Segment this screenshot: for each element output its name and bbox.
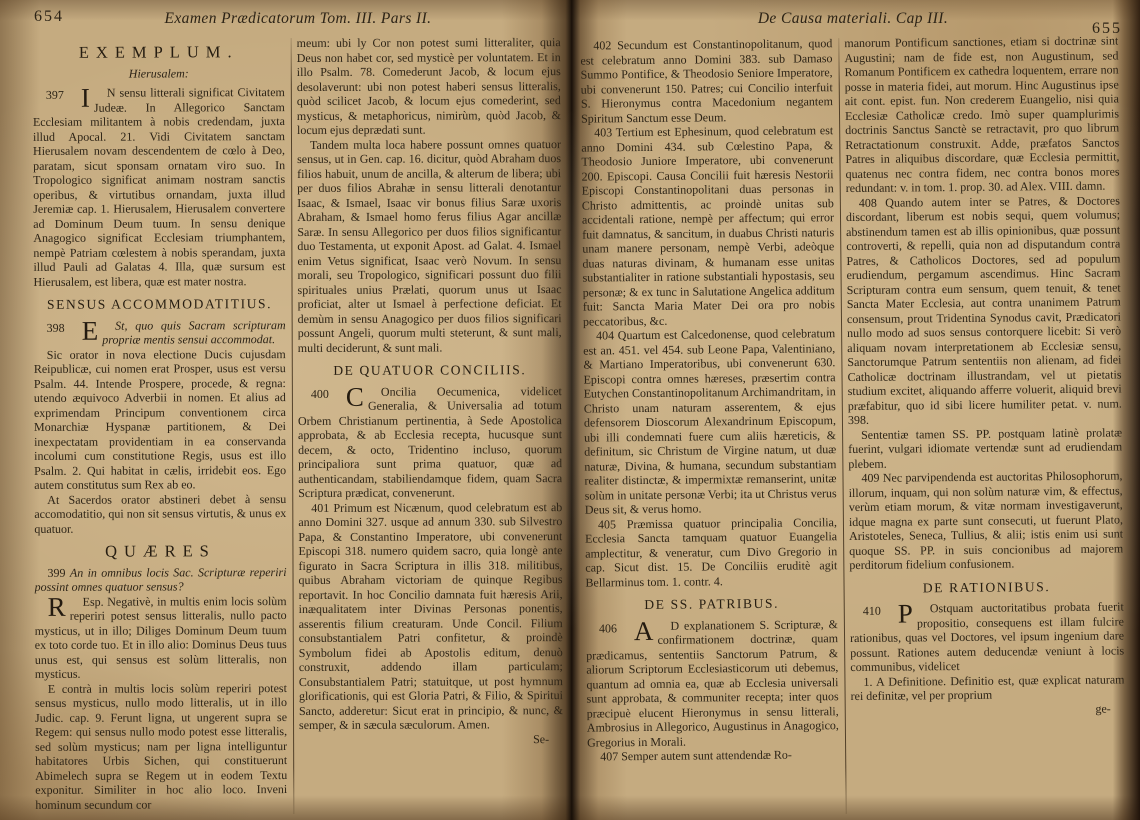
column-divider	[291, 38, 295, 814]
paragraph-number: 405	[598, 517, 627, 531]
paragraph-number: 400	[298, 386, 329, 401]
text-block: 399 An in omnibus locis Sac. Scripturæ r…	[34, 565, 286, 595]
right-page: De Causa materiali. Cap III. 655 402 Sec…	[584, 6, 1122, 814]
drop-cap: 410P	[850, 602, 913, 626]
left-page: 654 Examen Prædicatorum Tom. III. Pars I…	[34, 6, 562, 814]
text-block: 1. A Definitione. Definitio est, quæ exp…	[850, 672, 1124, 704]
drop-cap-letter: A	[621, 619, 654, 642]
text-block: 406AD explanationem S. Scripturæ, & conf…	[586, 617, 839, 750]
header-spacer	[584, 6, 640, 20]
section-heading: QUÆRES	[34, 544, 286, 559]
drop-cap: 400C	[298, 385, 364, 408]
drop-cap: R	[35, 595, 66, 618]
text-block: meum: ubi ly Cor non potest sumi littera…	[297, 35, 561, 137]
text-block: 403 Tertium est Ephesinum, quod celebrat…	[581, 123, 835, 328]
paragraph-number: 410	[850, 604, 881, 619]
text-block: Sententiæ tamen SS. PP. postquam latinè …	[848, 425, 1122, 471]
drop-cap: 398E	[34, 319, 99, 342]
running-header: De Causa materiali. Cap III.	[640, 6, 1066, 28]
text-block: E contrà in multis locis solùm reperiri …	[35, 681, 287, 812]
catchword: Se-	[299, 732, 563, 747]
sub-heading: Hierusalem:	[33, 66, 285, 81]
text-block: REsp. Negativè, in multis enim locis sol…	[35, 594, 287, 682]
drop-cap: 397I	[33, 87, 90, 110]
text-block: 410POstquam auctoritatibus probata fueri…	[850, 599, 1125, 674]
text-block: 397IN sensu litterali significat Civitat…	[33, 85, 286, 289]
text-column: manorum Pontificum sanctiones, etiam si …	[844, 33, 1125, 814]
text-block: 404 Quartum est Calcedonense, quod celeb…	[583, 326, 837, 517]
text-block: Sic orator in nova electione Ducis cujus…	[34, 347, 287, 493]
drop-cap-letter: R	[35, 595, 66, 618]
section-heading: SENSUS ACCOMMODATITIUS.	[34, 297, 286, 312]
paragraph-number: 406	[586, 621, 617, 636]
right-page-header: De Causa materiali. Cap III. 655	[584, 6, 1122, 34]
text-block: Tandem multa loca habere possunt omnes q…	[297, 137, 562, 355]
section-heading: DE RATIONIBUS.	[850, 579, 1124, 596]
paragraph-number: 398	[34, 320, 65, 335]
text-block: 408 Quando autem inter se Patres, & Doct…	[846, 193, 1122, 428]
paragraph-number: 399	[47, 565, 69, 579]
text-block: 407 Semper autem sunt attendendæ Ro-	[587, 747, 839, 764]
text-block: At Sacerdos orator abstineri debet à sen…	[34, 492, 286, 536]
page-number: 654	[34, 6, 90, 26]
header-spacer	[506, 6, 562, 8]
paragraph-number: 397	[33, 88, 64, 103]
left-page-columns: EXEMPLUM.Hierusalem:397IN sensu litteral…	[33, 35, 564, 815]
text-block: 401 Primum est Nicænum, quod celebratum …	[298, 500, 563, 733]
section-heading: DE QUATUOR CONCILIIS.	[298, 363, 562, 378]
drop-cap-letter: I	[68, 87, 90, 110]
paragraph-number: 407	[600, 749, 621, 763]
right-page-columns: 402 Secundum est Constantinopolitanum, q…	[580, 33, 1125, 816]
paragraph-number: 409	[861, 471, 882, 485]
drop-cap-letter: C	[333, 385, 364, 408]
drop-cap-letter: P	[885, 602, 913, 625]
text-block: 405 Præmissa quatuor principalia Concili…	[585, 515, 838, 590]
text-block: manorum Pontificum sanctiones, etiam si …	[844, 33, 1120, 195]
text-block: 402 Secundum est Constantinopolitanum, q…	[580, 36, 833, 125]
paragraph-number: 402	[593, 38, 617, 52]
text-column: meum: ubi ly Cor non potest sumi littera…	[297, 35, 564, 814]
paragraph-number: 404	[596, 328, 618, 342]
paragraph-number: 403	[594, 125, 616, 139]
section-heading: EXEMPLUM.	[33, 45, 285, 60]
drop-cap: 406A	[586, 619, 654, 643]
text-block: 398ESt, quo quis Sacram scripturam propr…	[34, 318, 286, 348]
book-scan-spread: 654 Examen Prædicatorum Tom. III. Pars I…	[0, 0, 1140, 820]
running-header: Examen Prædicatorum Tom. III. Pars II.	[90, 6, 506, 28]
section-heading: DE SS. PATRIBUS.	[586, 596, 838, 613]
text-column: EXEMPLUM.Hierusalem:397IN sensu litteral…	[33, 36, 288, 815]
drop-cap-letter: E	[69, 319, 99, 342]
left-page-header: 654 Examen Prædicatorum Tom. III. Pars I…	[34, 6, 562, 34]
text-block: 400COncilia Oecumenica, videlicet Genera…	[298, 384, 562, 501]
text-block: 409 Nec parvipendenda est auctoritas Phi…	[848, 468, 1123, 572]
paragraph-number: 401	[311, 500, 333, 514]
text-column: 402 Secundum est Constantinopolitanum, q…	[580, 36, 839, 816]
paragraph-number: 408	[859, 195, 886, 209]
catchword: ge-	[851, 701, 1125, 718]
